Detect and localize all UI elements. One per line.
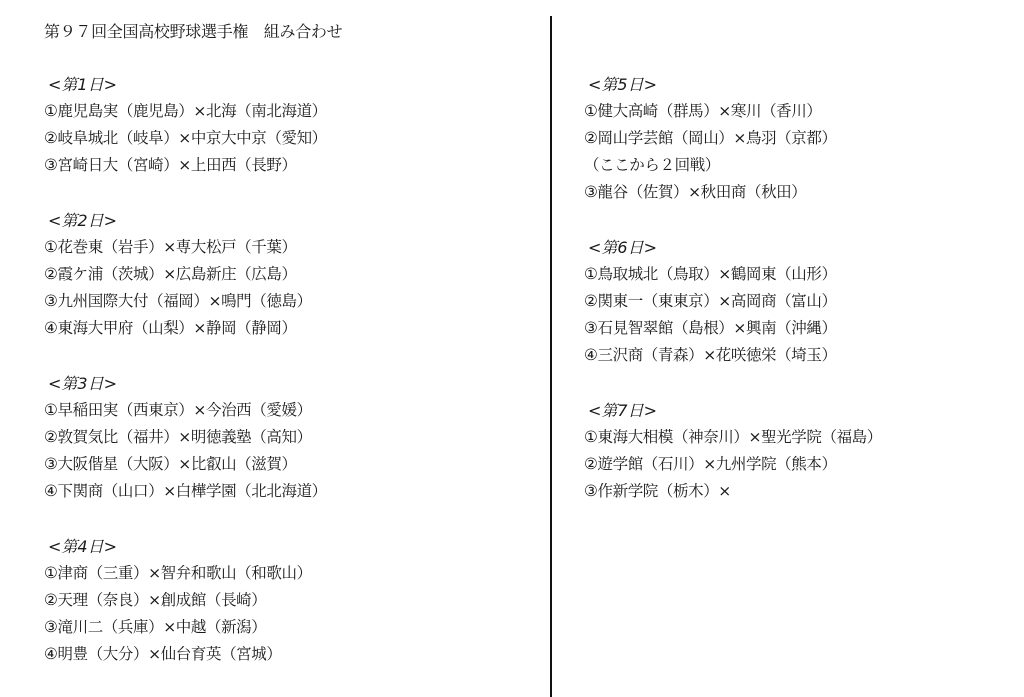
- day-6-section: <第6日> ①鳥取城北（鳥取）×鶴岡東（山形） ②関東一（東東京）×高岡商（富山…: [584, 234, 882, 369]
- round-note: （ここから２回戦）: [584, 152, 882, 179]
- day-header: <第2日>: [44, 207, 327, 234]
- matchup-line: ①早稲田実（西東京）×今治西（愛媛）: [44, 397, 327, 424]
- day-header: <第3日>: [44, 370, 327, 397]
- matchup-line: ③作新学院（栃木）×: [584, 478, 882, 505]
- matchup-line: ④下関商（山口）×白樺学園（北北海道）: [44, 478, 327, 505]
- right-column: <第5日> ①健大高崎（群馬）×寒川（香川） ②岡山学芸館（岡山）×鳥羽（京都）…: [584, 71, 882, 505]
- matchup-line: ④明豊（大分）×仙台育英（宮城）: [44, 641, 327, 668]
- day-4-section: <第4日> ①津商（三重）×智弁和歌山（和歌山） ②天理（奈良）×創成館（長崎）…: [44, 533, 327, 668]
- matchup-line: ②遊学館（石川）×九州学院（熊本）: [584, 451, 882, 478]
- matchup-line: ①津商（三重）×智弁和歌山（和歌山）: [44, 560, 327, 587]
- matchup-line: ②霞ケ浦（茨城）×広島新庄（広島）: [44, 261, 327, 288]
- matchup-line: ③龍谷（佐賀）×秋田商（秋田）: [584, 179, 882, 206]
- matchup-line: ①健大高崎（群馬）×寒川（香川）: [584, 98, 882, 125]
- matchup-line: ②岐阜城北（岐阜）×中京大中京（愛知）: [44, 125, 327, 152]
- matchup-line: ③九州国際大付（福岡）×鳴門（徳島）: [44, 288, 327, 315]
- matchup-line: ①鳥取城北（鳥取）×鶴岡東（山形）: [584, 261, 882, 288]
- matchup-line: ②岡山学芸館（岡山）×鳥羽（京都）: [584, 125, 882, 152]
- day-5-section: <第5日> ①健大高崎（群馬）×寒川（香川） ②岡山学芸館（岡山）×鳥羽（京都）…: [584, 71, 882, 206]
- matchup-line: ③宮崎日大（宮崎）×上田西（長野）: [44, 152, 327, 179]
- day-header: <第7日>: [584, 397, 882, 424]
- column-divider: [550, 16, 552, 697]
- day-header: <第6日>: [584, 234, 882, 261]
- matchup-line: ①花巻東（岩手）×専大松戸（千葉）: [44, 234, 327, 261]
- matchup-line: ③大阪偕星（大阪）×比叡山（滋賀）: [44, 451, 327, 478]
- matchup-line: ②天理（奈良）×創成館（長崎）: [44, 587, 327, 614]
- matchup-line: ②敦賀気比（福井）×明徳義塾（高知）: [44, 424, 327, 451]
- document-title: 第９７回全国高校野球選手権 組み合わせ: [44, 19, 342, 42]
- day-3-section: <第3日> ①早稲田実（西東京）×今治西（愛媛） ②敦賀気比（福井）×明徳義塾（…: [44, 370, 327, 505]
- day-7-section: <第7日> ①東海大相模（神奈川）×聖光学院（福島） ②遊学館（石川）×九州学院…: [584, 397, 882, 505]
- day-1-section: <第1日> ①鹿児島実（鹿児島）×北海（南北海道） ②岐阜城北（岐阜）×中京大中…: [44, 71, 327, 179]
- matchup-line: ④三沢商（青森）×花咲徳栄（埼玉）: [584, 342, 882, 369]
- matchup-line: ②関東一（東東京）×高岡商（富山）: [584, 288, 882, 315]
- day-header: <第1日>: [44, 71, 327, 98]
- day-header: <第5日>: [584, 71, 882, 98]
- left-column: <第1日> ①鹿児島実（鹿児島）×北海（南北海道） ②岐阜城北（岐阜）×中京大中…: [44, 71, 327, 668]
- matchup-line: ①東海大相模（神奈川）×聖光学院（福島）: [584, 424, 882, 451]
- day-2-section: <第2日> ①花巻東（岩手）×専大松戸（千葉） ②霞ケ浦（茨城）×広島新庄（広島…: [44, 207, 327, 342]
- matchup-line: ③滝川二（兵庫）×中越（新潟）: [44, 614, 327, 641]
- matchup-line: ③石見智翠館（島根）×興南（沖縄）: [584, 315, 882, 342]
- matchup-line: ①鹿児島実（鹿児島）×北海（南北海道）: [44, 98, 327, 125]
- day-header: <第4日>: [44, 533, 327, 560]
- matchup-line: ④東海大甲府（山梨）×静岡（静岡）: [44, 315, 327, 342]
